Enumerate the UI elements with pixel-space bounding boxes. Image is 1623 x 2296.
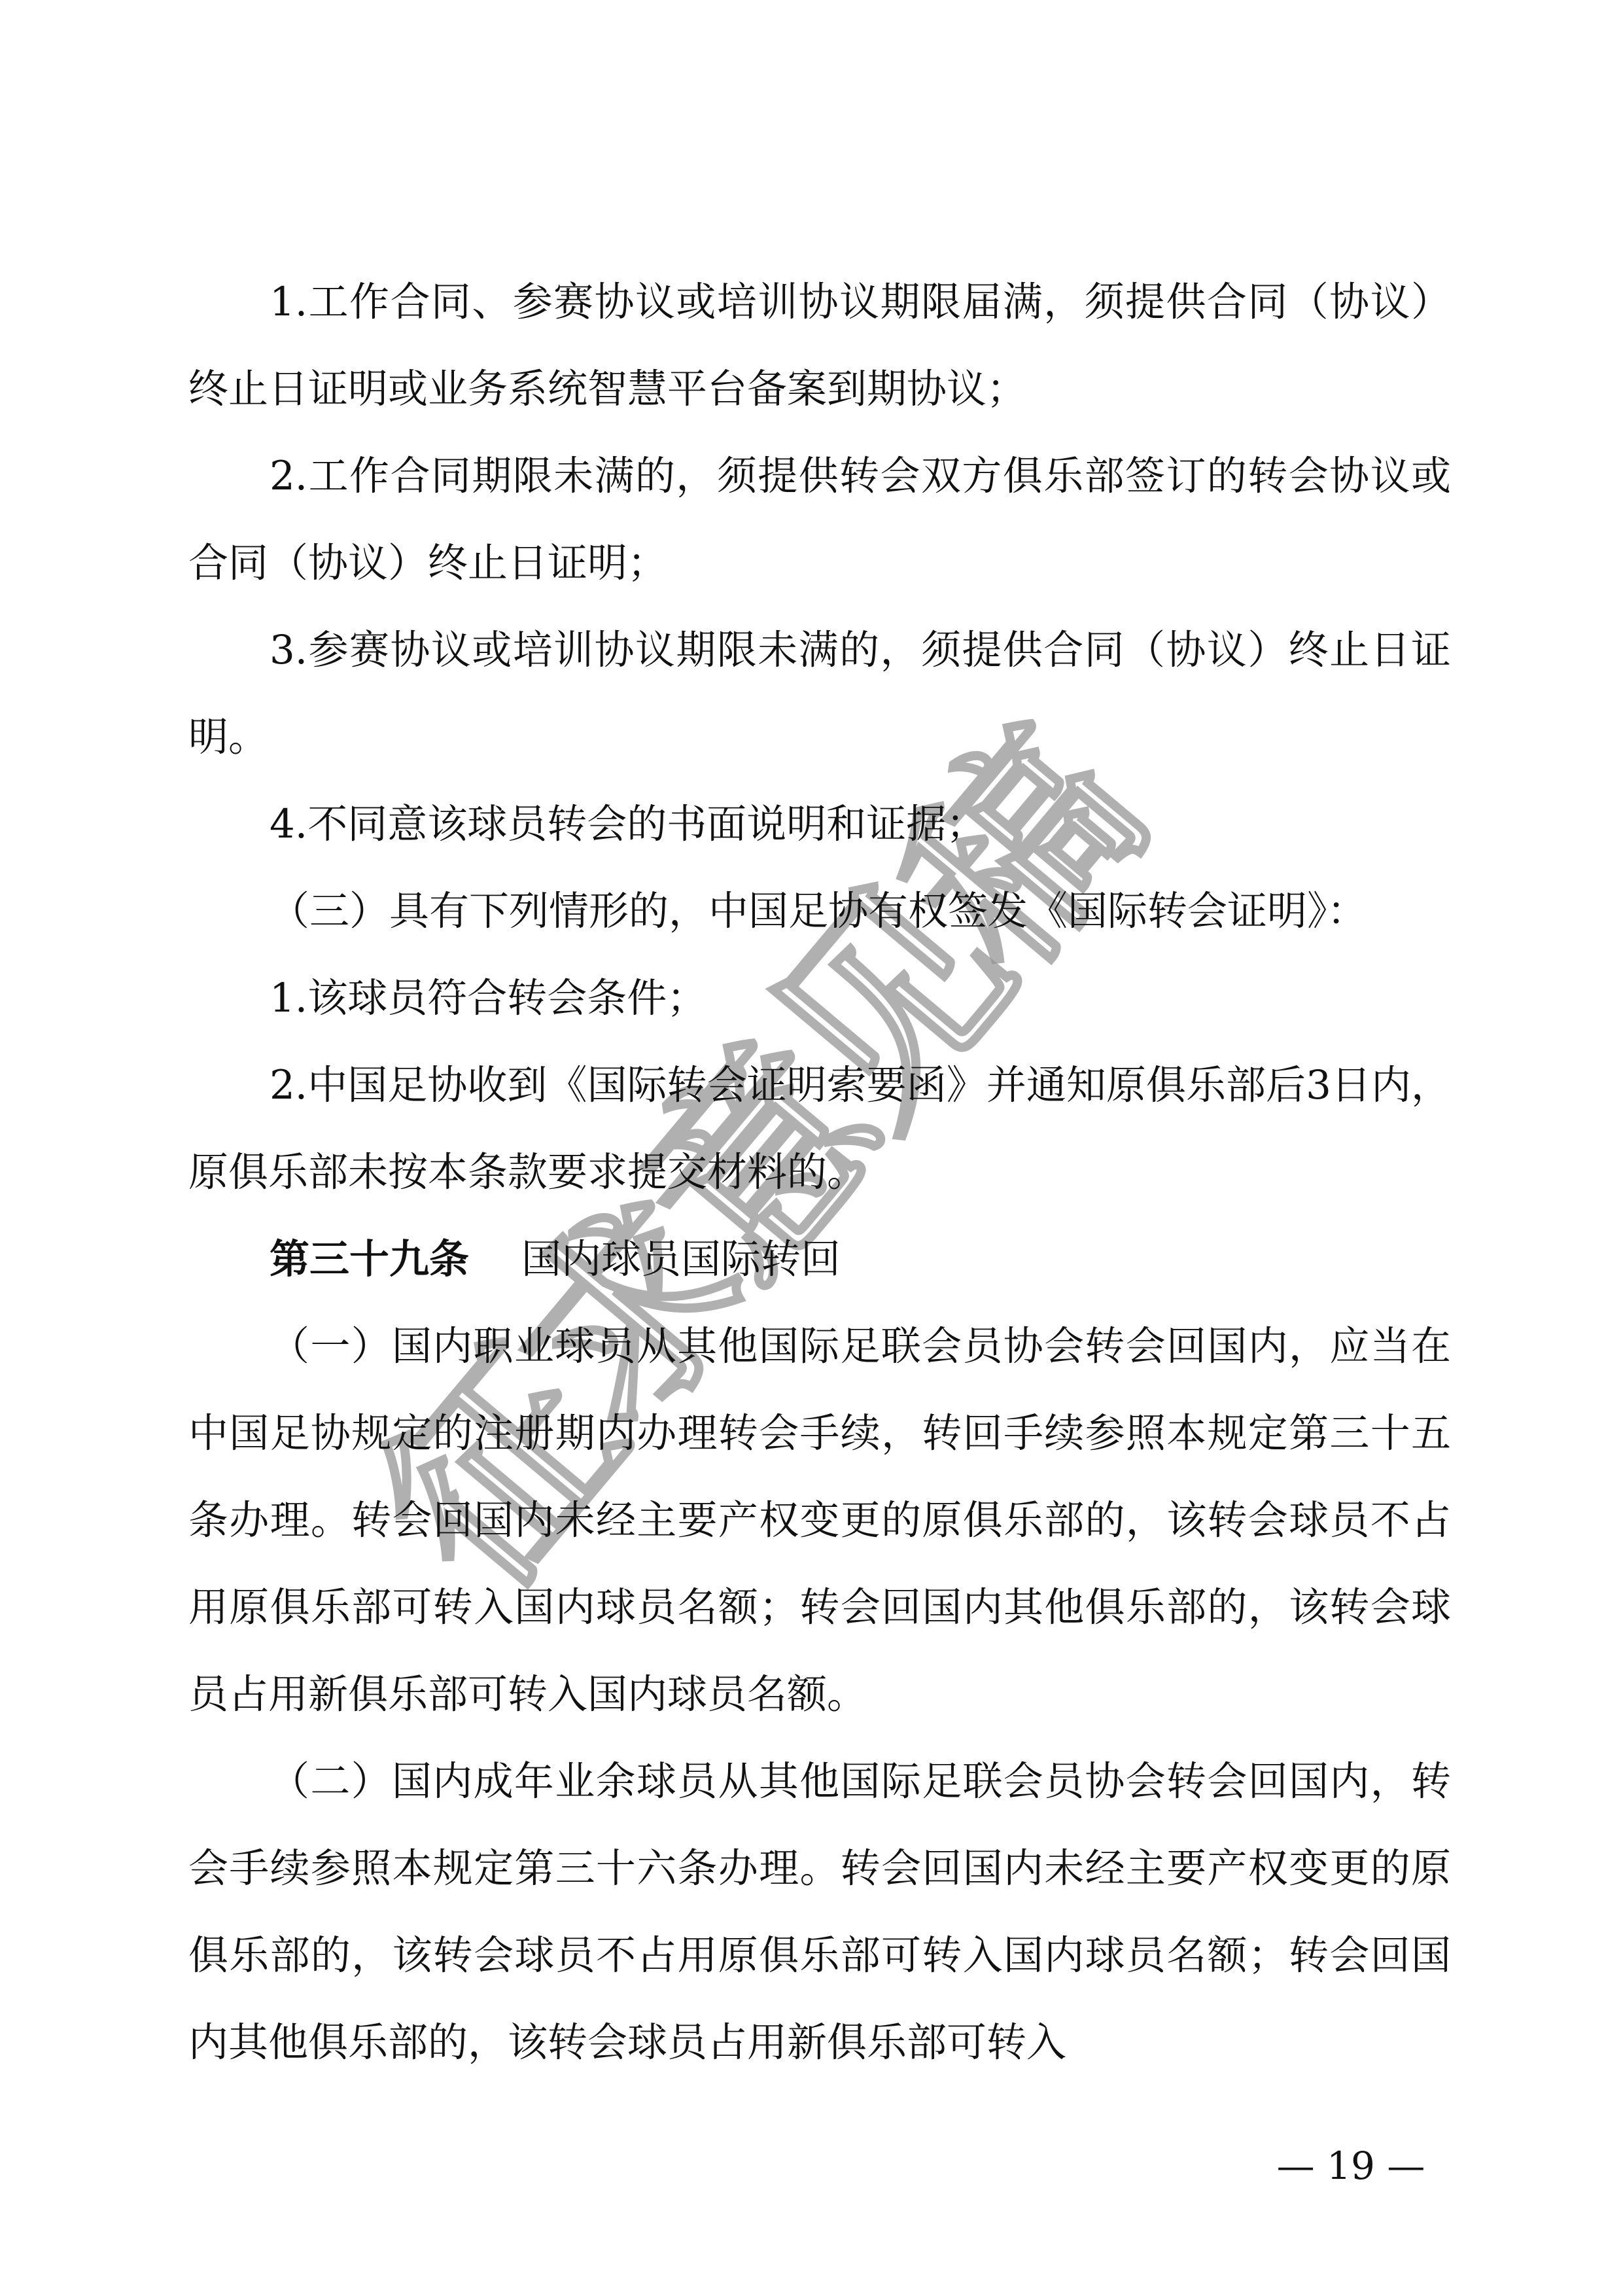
article-paragraph-1: （一）国内职业球员从其他国际足联会员协会转会回国内，应当在中国足协规定的注册期内… [188, 1303, 1451, 1738]
paragraph-condition-2: 2.中国足协收到《国际转会证明索要函》并通知原俱乐部后3日内，原俱乐部未按本条款… [188, 1042, 1451, 1216]
article-title: 国内球员国际转回 [521, 1236, 841, 1282]
paragraph-condition-1: 1.该球员符合转会条件； [188, 955, 1451, 1042]
article-number: 第三十九条 [270, 1236, 469, 1282]
paragraph-item-2: 2.工作合同期限未满的，须提供转会双方俱乐部签订的转会协议或合同（协议）终止日证… [188, 433, 1451, 607]
paragraph-item-4: 4.不同意该球员转会的书面说明和证据； [188, 781, 1451, 868]
document-page: 征求意见稿 1.工作合同、参赛协议或培训协议期限届满，须提供合同（协议）终止日证… [0, 0, 1623, 2296]
paragraph-item-1: 1.工作合同、参赛协议或培训协议期限届满，须提供合同（协议）终止日证明或业务系统… [188, 258, 1451, 433]
paragraph-item-3: 3.参赛协议或培训协议期限未满的，须提供合同（协议）终止日证明。 [188, 607, 1451, 781]
paragraph-section-3: （三）具有下列情形的，中国足协有权签发《国际转会证明》： [188, 868, 1451, 955]
article-heading: 第三十九条国内球员国际转回 [188, 1216, 1451, 1303]
article-paragraph-2: （二）国内成年业余球员从其他国际足联会员协会转会回国内，转会手续参照本规定第三十… [188, 1738, 1451, 2086]
page-number: — 19 — [1276, 2140, 1426, 2192]
document-body: 1.工作合同、参赛协议或培训协议期限届满，须提供合同（协议）终止日证明或业务系统… [188, 258, 1451, 2086]
